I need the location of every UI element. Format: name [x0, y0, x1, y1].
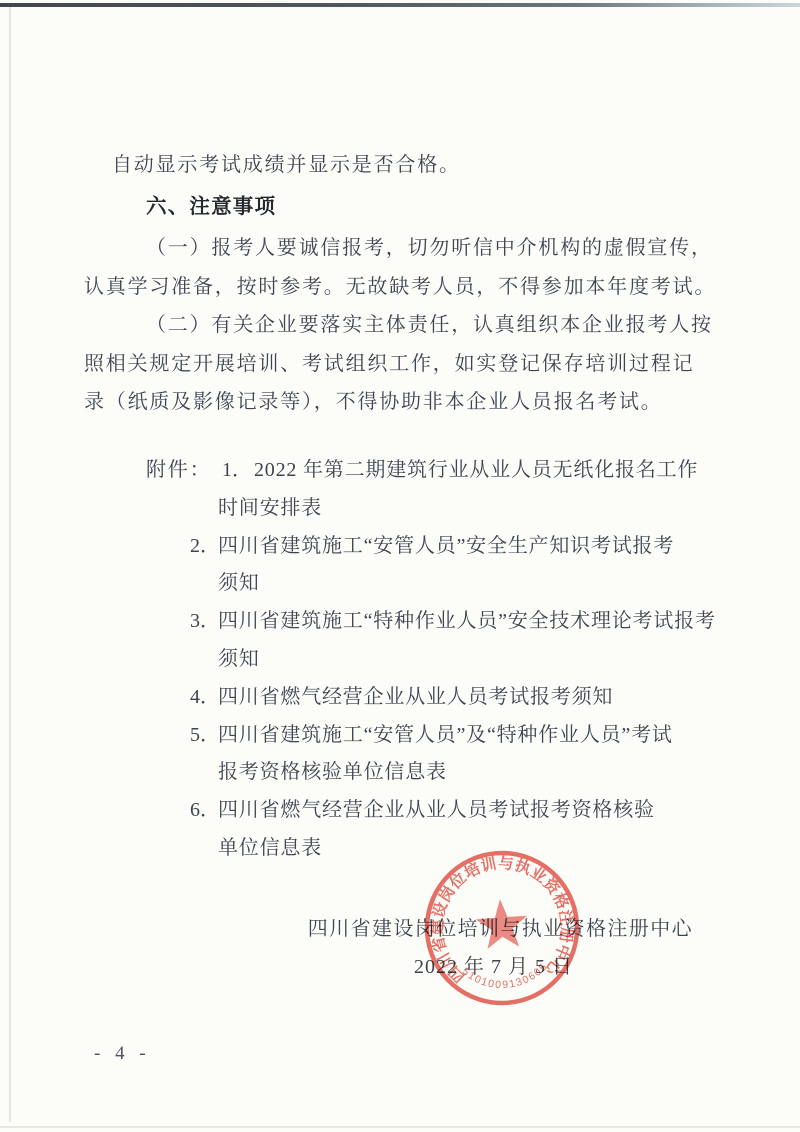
attachment-text: 四川省建筑施工“安管人员”及“特种作业人员”考试: [218, 724, 673, 746]
attachment-item-6: 6．四川省燃气经营企业从业人员考试报考资格核验: [190, 792, 716, 830]
attachment-text: 四川省燃气经营企业从业人员考试报考须知: [218, 686, 613, 708]
attachment-item-2-cont: 须知: [218, 565, 716, 603]
attachment-number: 3．: [190, 603, 218, 641]
scan-edge-left: [9, 7, 11, 1122]
attachment-number: 5．: [190, 717, 218, 755]
scanned-document-page: 自动显示考试成绩并显示是否合格。 六、注意事项 （一）报考人要诚信报考，切勿听信…: [0, 0, 800, 1132]
scan-edge-bottom: [0, 1126, 800, 1128]
page-number: - 4 -: [94, 1043, 151, 1065]
attachment-item-3-cont: 须知: [218, 641, 716, 679]
section-heading: 六、注意事项: [146, 188, 276, 227]
attachment-item-1: 附件：1．2022 年第二期建筑行业从业人员无纸化报名工作: [146, 452, 716, 490]
attachments-label: 附件：: [146, 452, 222, 490]
attachment-item-5-cont: 报考资格核验单位信息表: [218, 754, 716, 792]
paragraph-2: （二）有关企业要落实主体责任，认真组织本企业报考人按 照相关规定开展培训、考试组…: [84, 306, 713, 422]
text-line: 照相关规定开展培训、考试组织工作，如实登记保存培训过程记: [84, 345, 713, 384]
attachment-text: 2022 年第二期建筑行业从业人员无纸化报名工作: [254, 459, 698, 481]
attachment-text: 四川省燃气经营企业从业人员考试报考资格核验: [218, 799, 655, 821]
text-line: 认真学习准备，按时参考。无故缺考人员，不得参加本年度考试。: [84, 268, 716, 307]
attachment-text: 报考资格核验单位信息表: [218, 761, 447, 783]
paragraph-1: （一）报考人要诚信报考，切勿听信中介机构的虚假宣传， 认真学习准备，按时参考。无…: [84, 229, 716, 306]
signature-date: 2022 年 7 月 5 日: [84, 948, 716, 987]
text-line: （一）报考人要诚信报考，切勿听信中介机构的虚假宣传，: [84, 229, 716, 268]
attachments-list: 附件：1．2022 年第二期建筑行业从业人员无纸化报名工作 时间安排表 2．四川…: [84, 452, 716, 868]
attachment-item-4: 4．四川省燃气经营企业从业人员考试报考须知: [190, 679, 716, 717]
attachment-number: 4．: [190, 679, 218, 717]
attachment-text: 单位信息表: [218, 837, 322, 859]
attachment-item-1-cont: 时间安排表: [218, 490, 716, 528]
attachment-text: 须知: [218, 648, 260, 670]
attachment-text: 四川省建筑施工“特种作业人员”安全技术理论考试报考: [218, 610, 716, 632]
attachment-number: 6．: [190, 792, 218, 830]
text-line: （二）有关企业要落实主体责任，认真组织本企业报考人按: [84, 306, 713, 345]
signature-organization: 四川省建设岗位培训与执业资格注册中心: [84, 910, 716, 949]
attachment-number: 2．: [190, 528, 218, 566]
attachment-text: 四川省建筑施工“安管人员”安全生产知识考试报考: [218, 535, 674, 557]
attachment-item-6-cont: 单位信息表: [218, 830, 716, 868]
paragraph-continuation-line: 自动显示考试成绩并显示是否合格。: [112, 146, 461, 185]
attachment-text: 时间安排表: [218, 497, 322, 519]
scan-edge-top: [0, 3, 800, 7]
text-line: 录（纸质及影像记录等），不得协助非本企业人员报名考试。: [84, 383, 713, 422]
attachment-number: 1．: [222, 452, 254, 490]
attachment-item-5: 5．四川省建筑施工“安管人员”及“特种作业人员”考试: [190, 717, 716, 755]
attachment-text: 须知: [218, 572, 260, 594]
attachment-item-3: 3．四川省建筑施工“特种作业人员”安全技术理论考试报考: [190, 603, 716, 641]
attachment-item-2: 2．四川省建筑施工“安管人员”安全生产知识考试报考: [190, 528, 716, 566]
